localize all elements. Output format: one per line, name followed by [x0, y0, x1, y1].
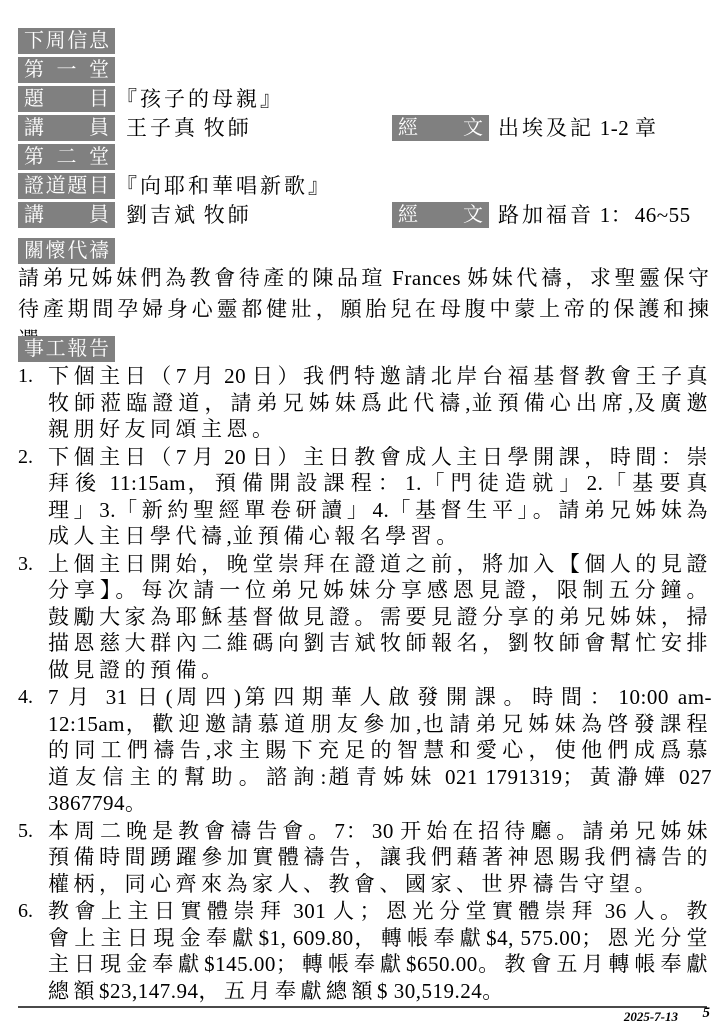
service2-topic: 『向耶和華唱新歌』: [116, 173, 332, 199]
service1-speaker: 王子真 牧師: [126, 115, 252, 141]
service2-speaker: 劉吉斌 牧師: [126, 202, 252, 228]
ministry-report-list: 1. 下個主日（7 月 20 日）我們特邀請北岸台福基督教會王子真牧師蒞臨證道，…: [18, 363, 712, 1005]
list-item-number: 4.: [18, 684, 48, 817]
list-item-number: 2.: [18, 444, 48, 550]
service2-speaker-label: 講員: [18, 202, 115, 228]
service1-topic-label: 題目: [18, 86, 115, 112]
list-item-text: 7 月 31 日(周四)第四期華人啟發開課。時間：10:00 am-12:15a…: [48, 684, 712, 817]
list-item: 3. 上個主日開始，晚堂崇拜在證道之前，將加入【個人的見證分享】。每次請一位弟兄…: [18, 551, 712, 684]
service1-scripture-label: 經文: [392, 115, 489, 141]
list-item-text: 上個主日開始，晚堂崇拜在證道之前，將加入【個人的見證分享】。每次請一位弟兄姊妹分…: [48, 551, 712, 684]
list-item-number: 6.: [18, 898, 48, 1004]
list-item: 6. 教會上主日實體崇拜 301 人；恩光分堂實體崇拜 36 人。教會上主日現金…: [18, 898, 712, 1004]
footer-date: 2025-7-13: [624, 1009, 678, 1024]
footer-divider: [18, 1006, 707, 1008]
footer-page-number: 5: [703, 1005, 711, 1022]
care-prayer-text: 請弟兄姊妹們為教會待產的陳品瑄 Frances 姊妹代禱，求聖靈保守待產期間孕婦…: [18, 263, 712, 356]
list-item-number: 3.: [18, 551, 48, 684]
section-label-ministry-report: 事工報告: [18, 336, 115, 362]
list-item-text: 下個主日（7 月 20 日）我們特邀請北岸台福基督教會王子真牧師蒞臨證道，請弟兄…: [48, 363, 712, 443]
section-label-care-prayer: 關懷代禱: [18, 238, 115, 264]
list-item: 5. 本周二晚是教會禱告會。7：30 开始在招待廳。請弟兄姊妹預備時間踴躍參加實…: [18, 818, 712, 898]
service1-label: 第一堂: [18, 57, 115, 83]
service1-speaker-label: 講員: [18, 115, 115, 141]
list-item-number: 5.: [18, 818, 48, 898]
service1-topic: 『孩子的母親』: [116, 86, 284, 112]
list-item-text: 教會上主日實體崇拜 301 人；恩光分堂實體崇拜 36 人。教會上主日現金奉獻$…: [48, 898, 712, 1004]
list-item-number: 1.: [18, 363, 48, 443]
service1-scripture: 出埃及記 1-2 章: [498, 115, 659, 141]
service2-topic-label: 證道題目: [18, 173, 115, 199]
service2-label: 第二堂: [18, 144, 115, 170]
service2-scripture-label: 經文: [392, 202, 489, 228]
service2-scripture: 路加福音 1：46~55: [498, 202, 691, 228]
list-item: 4. 7 月 31 日(周四)第四期華人啟發開課。時間：10:00 am-12:…: [18, 684, 712, 817]
section-label-next-week-info: 下周信息: [18, 28, 115, 54]
list-item: 2. 下個主日（7 月 20 日）主日教會成人主日學開課，時間：崇拜後 11:1…: [18, 444, 712, 550]
list-item-text: 本周二晚是教會禱告會。7：30 开始在招待廳。請弟兄姊妹預備時間踴躍參加實體禱告…: [48, 818, 712, 898]
list-item-text: 下個主日（7 月 20 日）主日教會成人主日學開課，時間：崇拜後 11:15am…: [48, 444, 712, 550]
list-item: 1. 下個主日（7 月 20 日）我們特邀請北岸台福基督教會王子真牧師蒞臨證道，…: [18, 363, 712, 443]
